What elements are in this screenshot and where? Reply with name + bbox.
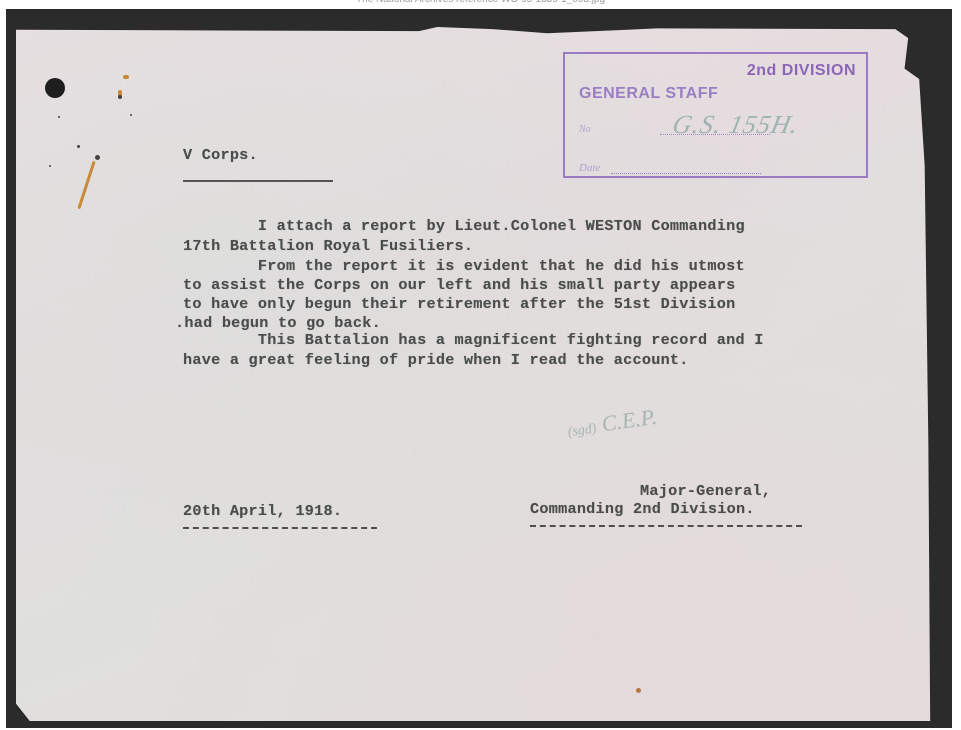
stamp-no-label: No xyxy=(579,124,591,135)
signatory-role: Commanding 2nd Division. xyxy=(530,500,755,518)
body-line: .had begun to go back. xyxy=(175,314,381,332)
signatory-rank: Major-General, xyxy=(640,482,771,500)
letter-date: 20th April, 1918. xyxy=(183,502,342,520)
stamp-reference-number: G.S. 155H. xyxy=(670,110,802,140)
stamp-date-label: Date xyxy=(579,162,600,174)
body-line: I attach a report by Lieut.Colonel WESTO… xyxy=(183,217,745,235)
addressee: V Corps. xyxy=(183,146,258,164)
body-line: 17th Battalion Royal Fusiliers. xyxy=(183,237,473,255)
ink-speck xyxy=(95,155,100,160)
ink-speck xyxy=(58,116,60,118)
ink-speck xyxy=(49,165,51,167)
stamp-staff-name: GENERAL STAFF xyxy=(579,85,718,103)
stamp-division-name: 2nd DIVISION xyxy=(747,62,856,80)
rust-stain xyxy=(123,75,129,79)
ink-speck xyxy=(118,95,122,99)
division-stamp: 2nd DIVISION GENERAL STAFF No G.S. 155H.… xyxy=(563,52,868,178)
signature-sgd-prefix: (sgd) xyxy=(567,421,598,440)
signatory-dashed-rule xyxy=(530,525,802,527)
body-line: This Battalion has a magnificent fightin… xyxy=(183,331,764,349)
punch-hole xyxy=(45,78,65,98)
body-line: From the report it is evident that he di… xyxy=(183,257,745,275)
body-line: have a great feeling of pride when I rea… xyxy=(183,351,689,369)
body-line: to have only begun their retirement afte… xyxy=(183,295,735,313)
stamp-date-underline xyxy=(611,173,761,174)
image-caption: The National Archives reference WO 95-13… xyxy=(0,0,961,4)
body-line: to assist the Corps on our left and his … xyxy=(183,276,735,294)
paper-stain-dot xyxy=(636,688,641,693)
ink-speck xyxy=(77,145,80,148)
ink-speck xyxy=(130,114,132,116)
addressee-underline xyxy=(183,180,333,182)
date-dashed-rule xyxy=(183,527,377,529)
